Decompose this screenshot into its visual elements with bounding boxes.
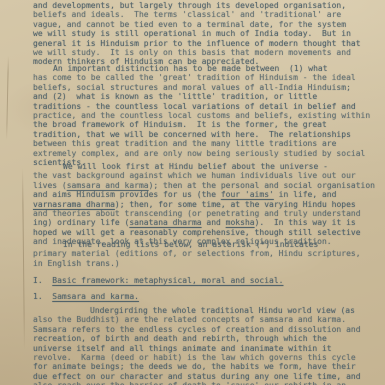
text-segment: has come to be called the 'great' tradit… (33, 73, 356, 82)
text-segment: We will look first at Hindu belief about… (63, 162, 328, 171)
text-segment: lives ( (33, 181, 67, 190)
text-segment: beliefs and ideals. The terms 'classical… (33, 10, 341, 19)
text-line: extremely complex, and are only now bein… (33, 149, 381, 158)
underlined-term: four 'aims' (221, 190, 274, 199)
text-line: due effect on our character and status d… (33, 372, 381, 381)
text-line: Samsara refers to the endless cycles of … (33, 325, 381, 334)
text-segment: general it is Hinduism prior to the infl… (33, 39, 361, 48)
text-segment: we will study is still operational in mu… (33, 29, 351, 38)
text-segment: the broad framework of Hinduism. It is t… (33, 120, 327, 129)
text-segment: extremely complex, and are only now bein… (33, 149, 365, 158)
text-line: beliefs, social structures and moral val… (33, 83, 381, 92)
text-segment: due effect on our character and status d… (33, 372, 361, 381)
text-line: the broad framework of Hinduism. It is t… (33, 120, 381, 129)
text-segment: I. (33, 276, 52, 285)
text-line: general it is Hinduism prior to the infl… (33, 39, 381, 48)
text-segment: beliefs, social structures and moral val… (33, 83, 351, 92)
text-segment: Samsara refers to the endless cycles of … (33, 325, 361, 334)
text-line: recreation, of birth and death and rebir… (33, 334, 381, 343)
text-line: An important distinction has to be made … (33, 64, 381, 73)
text-line: beliefs and ideals. The terms 'classical… (33, 10, 381, 19)
underlined-term: sanatana dharma (129, 218, 201, 227)
text-segment: between this great tradition and the man… (33, 139, 336, 148)
text-segment: In the reading lists below, an asterisk … (63, 240, 318, 249)
text-segment: universe itself and all things animate a… (33, 344, 332, 353)
paragraph-continuation: and developments, but largely through it… (33, 1, 381, 67)
text-segment: also the Buddhist) are the related conce… (33, 315, 346, 324)
text-segment: the vast background against which we hum… (33, 171, 356, 180)
text-line: also the Buddhist) are the related conce… (33, 315, 381, 324)
underlined-term: moksha (226, 218, 255, 227)
text-segment: in life, and (274, 190, 337, 199)
text-segment: hoped we will get a reasonably comprehen… (33, 228, 361, 237)
text-line: primary material (editions of, or select… (33, 249, 381, 258)
text-segment: and aims Hinduism provides for us (the (33, 190, 221, 199)
text-segment: primary material (editions of, or select… (33, 249, 361, 258)
heading-basic-framework: I. Basic framework: metaphysical, moral … (33, 276, 381, 285)
text-segment: practice, and the countless local custom… (33, 111, 370, 120)
underlined-term: Samsara and karma. (52, 292, 139, 301)
heading-samsara-karma: 1. Samsara and karma. (33, 292, 381, 301)
paragraph-reading-note: In the reading lists below, an asterisk … (33, 240, 381, 268)
text-segment: ); then at the personal and social organ… (149, 181, 375, 190)
underlined-term: varnasrama dharma (33, 200, 115, 209)
text-line: In the reading lists below, an asterisk … (33, 240, 381, 249)
text-segment: ). In this way it is (255, 218, 356, 227)
text-segment: vague, and cannot be tied even to a term… (33, 20, 346, 29)
text-line: in English trans.) (33, 259, 381, 268)
text-line: We will look first at Hindu belief about… (33, 162, 381, 171)
text-line: universe itself and all things animate a… (33, 344, 381, 353)
text-segment: and (202, 218, 226, 227)
text-line: the vast background against which we hum… (33, 171, 381, 180)
text-segment: and (2) what is known as the 'little' tr… (33, 92, 317, 101)
text-segment: ing) ordinary life ( (33, 218, 129, 227)
text-segment: and developments, but largely through it… (33, 1, 346, 10)
text-line: between this great tradition and the man… (33, 139, 381, 148)
text-segment: An important distinction has to be made … (53, 64, 328, 73)
text-line: tradition, that we will be concerned wit… (33, 130, 381, 139)
text-segment: recreation, of birth and death and rebir… (33, 334, 327, 343)
text-line: ing) ordinary life (sanatana dharma and … (33, 218, 381, 227)
text-line: we will study is still operational in mu… (33, 29, 381, 38)
underlined-term: Basic framework: metaphysical, moral and… (52, 276, 283, 285)
text-segment: for animate beings; the deeds we do, the… (33, 362, 356, 371)
text-line: and (2) what is known as the 'little' tr… (33, 92, 381, 101)
text-line: also reach over the barrier of death to … (33, 381, 381, 385)
text-line: traditions - the countless local variati… (33, 102, 381, 111)
text-line: varnasrama dharma); then, for some time,… (33, 200, 381, 209)
text-segment: revolve. Karma (deed or habit) is the la… (33, 353, 356, 362)
paragraph-samsara-karma-body: Undergirding the whole traditional Hindu… (33, 306, 381, 385)
text-line: I. Basic framework: metaphysical, moral … (33, 276, 381, 285)
text-segment: traditions - the countless local variati… (33, 102, 356, 111)
text-line: has come to be called the 'great' tradit… (33, 73, 381, 82)
text-segment: also reach over the barrier of death to … (33, 381, 346, 385)
text-layer: and developments, but largely through it… (0, 0, 385, 385)
text-line: hoped we will get a reasonably comprehen… (33, 228, 381, 237)
text-line: vague, and cannot be tied even to a term… (33, 20, 381, 29)
text-line: lives (samsara and karma); then at the p… (33, 181, 381, 190)
text-line: 1. Samsara and karma. (33, 292, 381, 301)
text-segment: and theories about transcending (or pene… (33, 209, 361, 218)
paragraph-course-overview: We will look first at Hindu belief about… (33, 162, 381, 247)
text-segment: ); then, for some time, at the varying H… (115, 200, 356, 209)
text-segment: in English trans.) (33, 259, 120, 268)
text-line: Undergirding the whole traditional Hindu… (33, 306, 381, 315)
text-line: and developments, but largely through it… (33, 1, 381, 10)
text-line: for animate beings; the deeds we do, the… (33, 362, 381, 371)
text-segment: 1. (33, 292, 52, 301)
text-segment: tradition, that we will be concerned wit… (33, 130, 351, 139)
paragraph-great-little-tradition: An important distinction has to be made … (33, 64, 381, 167)
text-segment: we will study. It is only on this basis … (33, 48, 351, 57)
paper-page: and developments, but largely through it… (0, 0, 385, 385)
text-segment: Undergirding the whole traditional Hindu… (90, 306, 355, 315)
underlined-term: samsara and karma (67, 181, 149, 190)
text-line: and aims Hinduism provides for us (the f… (33, 190, 381, 199)
